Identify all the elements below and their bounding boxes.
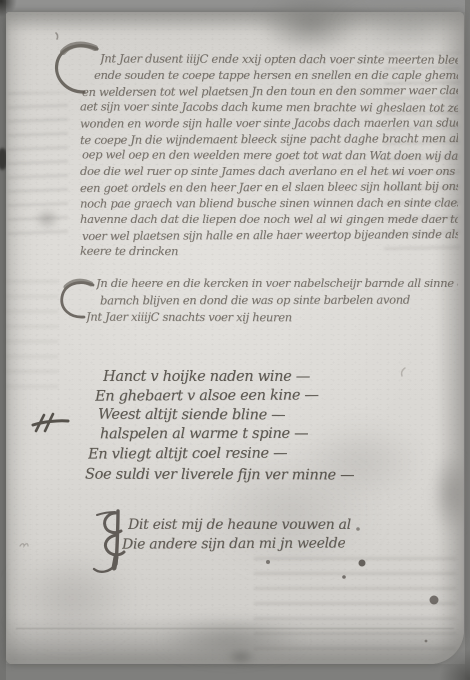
verse-line: En vliegt altijt coel resine — [88, 444, 287, 463]
manuscript-line: ende souden te coepe tappe hersen en sne… [94, 68, 458, 83]
manuscript-line: wonden en worde sijn halle voer sinte Ja… [80, 116, 458, 132]
verse-line: Weest altijt siende bline — [98, 406, 285, 425]
manuscript-line: te coepe Jn die wijndemaent bleeck sijne… [80, 131, 458, 148]
verse-line: Hanct v hoijke naden wine — [103, 368, 310, 386]
manuscript-line: doe die wel ruer op sinte James dach ave… [80, 164, 458, 179]
manuscript-line: havenne dach dat die liepen doe noch wel… [80, 212, 458, 227]
manuscript-line: en weldersen tot wel plaetsen Jn den tou… [82, 83, 458, 100]
manuscript-line: barnch blijven en dond die was op sinte … [100, 293, 410, 309]
manuscript-line: aet sijn voer sinte Jacobs dach kume men… [80, 99, 458, 115]
manuscript-line: Jnt Jaer dusent iiijC ende xxij opten da… [100, 51, 458, 67]
manuscript-line: Jn die heere en die kercken in voer nabe… [96, 276, 458, 291]
verse-line: halspelen al warme t spine — [100, 425, 308, 444]
manuscript-line: noch pae graech van bliend busche sinen … [80, 196, 458, 212]
couplet-line: Die andere sijn dan mi jn weelde [122, 534, 346, 553]
manuscript-line: keere te drincken [80, 244, 220, 259]
manuscript-line: een goet ordels en den heer Jaer en el s… [80, 179, 458, 196]
verse-line: Soe suldi ver liverele fijn ver minne — [85, 466, 354, 485]
handwritten-text-block: Jnt Jaer dusent iiijC ende xxij opten da… [6, 12, 464, 664]
manuscript-line: oep wel oep en den weelden mere goet tot… [82, 147, 458, 163]
couplet-line: Dit eist mij de heaune vouwen al [128, 516, 351, 534]
manuscript-line: Jnt Jaer xiiijC snachts voer xij heuren [86, 310, 321, 326]
manuscript-line: voer wel plaetsen sijn halle en alle hae… [82, 227, 458, 244]
parchment-page: Jnt Jaer dusent iiijC ende xxij opten da… [6, 12, 464, 664]
verse-line: En ghebaert v alsoe een kine — [95, 386, 319, 405]
manuscript-scan: Jnt Jaer dusent iiijC ende xxij opten da… [0, 0, 470, 680]
